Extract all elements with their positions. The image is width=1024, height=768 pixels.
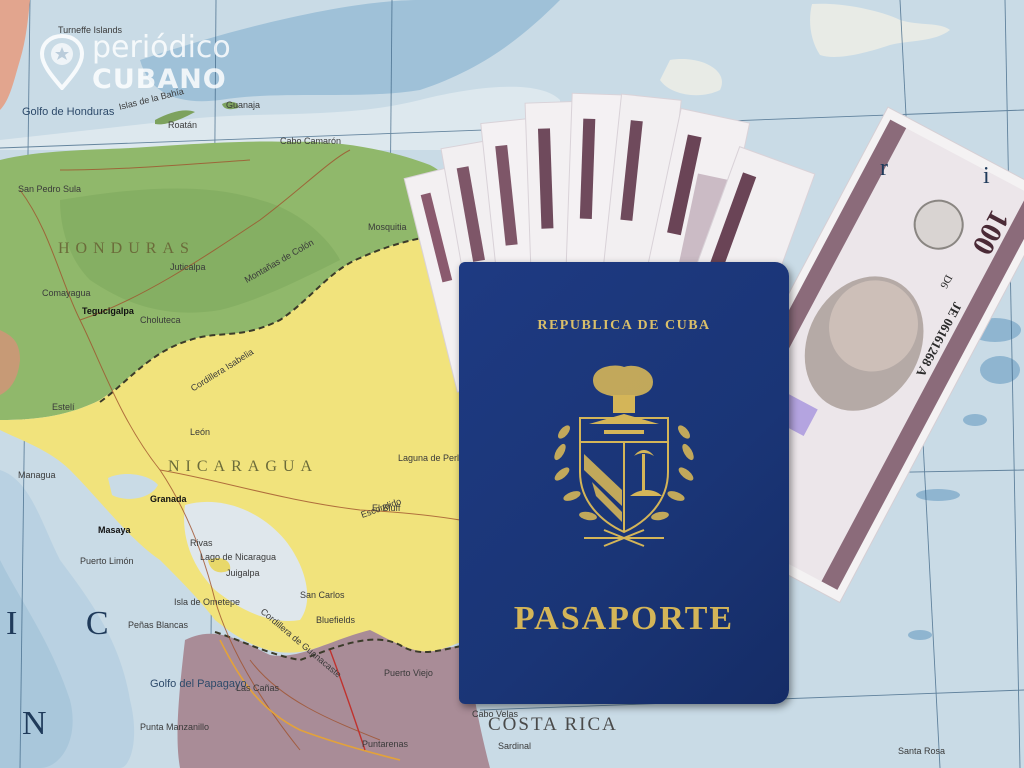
passport-title: PASAPORTE bbox=[459, 600, 789, 638]
label-tegucigalpa: Tegucigalpa bbox=[82, 306, 134, 316]
label-costa-rica: COSTA RICA bbox=[488, 714, 618, 736]
label-san-carlos: Bluefields bbox=[316, 615, 355, 625]
label-comayagua: Comayagua bbox=[42, 288, 91, 298]
label-punta-manzanillo: Santa Rosa bbox=[898, 746, 945, 756]
label-pacific-letters: I C bbox=[6, 605, 139, 643]
label-honduras: HONDURAS bbox=[58, 240, 195, 258]
cuban-coat-of-arms-icon bbox=[534, 362, 714, 552]
label-cabo-velas: Punta Manzanillo bbox=[140, 722, 209, 732]
label-juticalpa: Juticalpa bbox=[170, 262, 206, 272]
label-bluefields: El Bluff bbox=[372, 503, 400, 513]
label-chinandega: Managua bbox=[18, 470, 56, 480]
label-granada: Rivas bbox=[190, 538, 213, 548]
label-acahualinca: Granada bbox=[150, 494, 187, 504]
label-caribbean-letter-r: r bbox=[880, 155, 888, 182]
label-caribbean-letter-i: i bbox=[983, 163, 990, 190]
label-san-miguelito: San Carlos bbox=[300, 590, 345, 600]
label-danli: Choluteca bbox=[140, 315, 181, 325]
label-puerto-limon: Sardinal bbox=[498, 741, 531, 751]
label-ometepe: Juigalpa bbox=[226, 568, 260, 578]
costa-rica-landmass bbox=[178, 630, 490, 768]
label-ocean-letter: N bbox=[22, 705, 47, 743]
label-golfo-del-papagayo: Golfo del Papagayo bbox=[150, 678, 247, 690]
watermark-line2: CUBANO bbox=[92, 64, 227, 95]
label-rivas: Isla de Ometepe bbox=[174, 597, 240, 607]
label-golfo-de-honduras: Golfo de Honduras bbox=[22, 106, 114, 118]
label-matagalpa: León bbox=[190, 427, 210, 437]
label-braulio-carrillo: Puerto Viejo bbox=[384, 668, 433, 678]
label-choluteca: Estelí bbox=[52, 402, 75, 412]
location-pin-star-icon bbox=[40, 34, 84, 90]
label-san-pedro-sula: San Pedro Sula bbox=[18, 184, 81, 194]
label-liberia: Las Cañas bbox=[236, 683, 279, 693]
label-cabo-camaron: Cabo Camarón bbox=[280, 136, 341, 146]
cuban-passport: REPUBLICA DE CUBA PASAPORTE bbox=[459, 262, 789, 704]
passport-issuer: REPUBLICA DE CUBA bbox=[459, 318, 789, 334]
label-alajuela: Puntarenas bbox=[362, 739, 408, 749]
label-mosquitia: Mosquitia bbox=[368, 222, 407, 232]
label-lago-de-nicaragua: Lago de Nicaragua bbox=[200, 552, 276, 562]
label-roatan: Roatán bbox=[168, 120, 197, 130]
label-guanaja: Guanaja bbox=[226, 100, 260, 110]
label-masachapa: Puerto Limón bbox=[80, 556, 134, 566]
label-laguna-de-perlas: Laguna de Perlas bbox=[398, 453, 469, 463]
label-managua: Masaya bbox=[98, 525, 131, 535]
label-nicaragua: NICARAGUA bbox=[168, 458, 318, 476]
watermark-line1: periódico bbox=[92, 30, 231, 65]
